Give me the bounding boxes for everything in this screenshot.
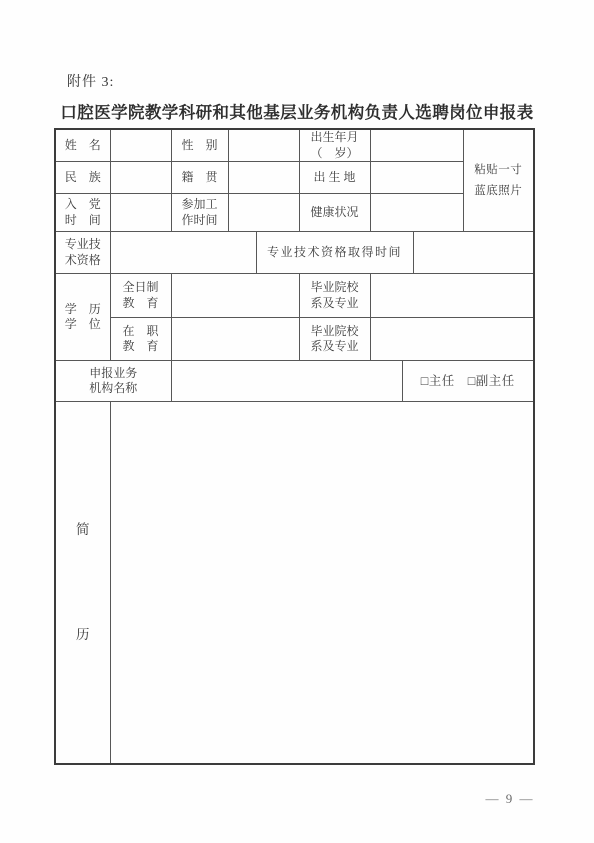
prof-qual-value xyxy=(110,232,256,274)
form-title: 口腔医学院教学科研和其他基层业务机构负责人选聘岗位申报表 xyxy=(0,99,594,123)
gender-label: 性 别 xyxy=(171,129,228,162)
onjob-school-value xyxy=(370,318,534,361)
name-label: 姓 名 xyxy=(55,129,110,162)
org-name-value xyxy=(171,361,402,402)
native-place-value xyxy=(228,162,299,194)
party-join-label: 入 党 时 间 xyxy=(55,194,110,232)
org-name-label: 申报业务 机构名称 xyxy=(55,361,171,402)
photo-placeholder: 粘贴一寸 蓝底照片 xyxy=(463,129,534,232)
prof-qual-time-value xyxy=(413,232,534,274)
application-form-table: 姓 名 性 别 出生年月 （ 岁） 粘贴一寸 蓝底照片 民 族 籍 贯 出 生 … xyxy=(54,128,535,765)
row-fulltime-education: 学 历 学 位 全日制 教 育 毕业院校 系及专业 xyxy=(55,274,534,318)
attachment-label: 附件 3: xyxy=(67,71,114,91)
fulltime-school-value xyxy=(370,274,534,318)
gender-value xyxy=(228,129,299,162)
onjob-school-label: 毕业院校 系及专业 xyxy=(299,318,370,361)
resume-label: 简 历 xyxy=(55,402,110,764)
birth-value xyxy=(370,129,463,162)
birth-label: 出生年月 （ 岁） xyxy=(299,129,370,162)
name-value xyxy=(110,129,171,162)
row-party-workstart-health: 入 党 时 间 参加工 作时间 健康状况 xyxy=(55,194,534,232)
work-start-label: 参加工 作时间 xyxy=(171,194,228,232)
onjob-edu-value xyxy=(171,318,299,361)
fulltime-edu-value xyxy=(171,274,299,318)
birthplace-value xyxy=(370,162,463,194)
document-page: 附件 3: 口腔医学院教学科研和其他基层业务机构负责人选聘岗位申报表 姓 名 性… xyxy=(0,0,594,843)
position-checkboxes: □主任 □副主任 xyxy=(402,361,534,402)
fulltime-school-label: 毕业院校 系及专业 xyxy=(299,274,370,318)
education-label: 学 历 学 位 xyxy=(55,274,110,361)
party-join-value xyxy=(110,194,171,232)
resume-content xyxy=(110,402,534,764)
row-professional-qualification: 专业技 术资格 专业技术资格取得时间 xyxy=(55,232,534,274)
work-start-value xyxy=(228,194,299,232)
onjob-edu-label: 在 职 教 育 xyxy=(110,318,171,361)
row-name-gender-birth: 姓 名 性 别 出生年月 （ 岁） 粘贴一寸 蓝底照片 xyxy=(55,129,534,162)
native-place-label: 籍 贯 xyxy=(171,162,228,194)
row-resume: 简 历 xyxy=(55,402,534,764)
birthplace-label: 出 生 地 xyxy=(299,162,370,194)
prof-qual-label: 专业技 术资格 xyxy=(55,232,110,274)
fulltime-edu-label: 全日制 教 育 xyxy=(110,274,171,318)
health-label: 健康状况 xyxy=(299,194,370,232)
row-onjob-education: 在 职 教 育 毕业院校 系及专业 xyxy=(55,318,534,361)
ethnicity-value xyxy=(110,162,171,194)
row-org-name-position: 申报业务 机构名称 □主任 □副主任 xyxy=(55,361,534,402)
page-number: — 9 — xyxy=(452,791,568,807)
prof-qual-time-label: 专业技术资格取得时间 xyxy=(256,232,413,274)
row-ethnicity-native-birthplace: 民 族 籍 贯 出 生 地 xyxy=(55,162,534,194)
health-value xyxy=(370,194,463,232)
ethnicity-label: 民 族 xyxy=(55,162,110,194)
